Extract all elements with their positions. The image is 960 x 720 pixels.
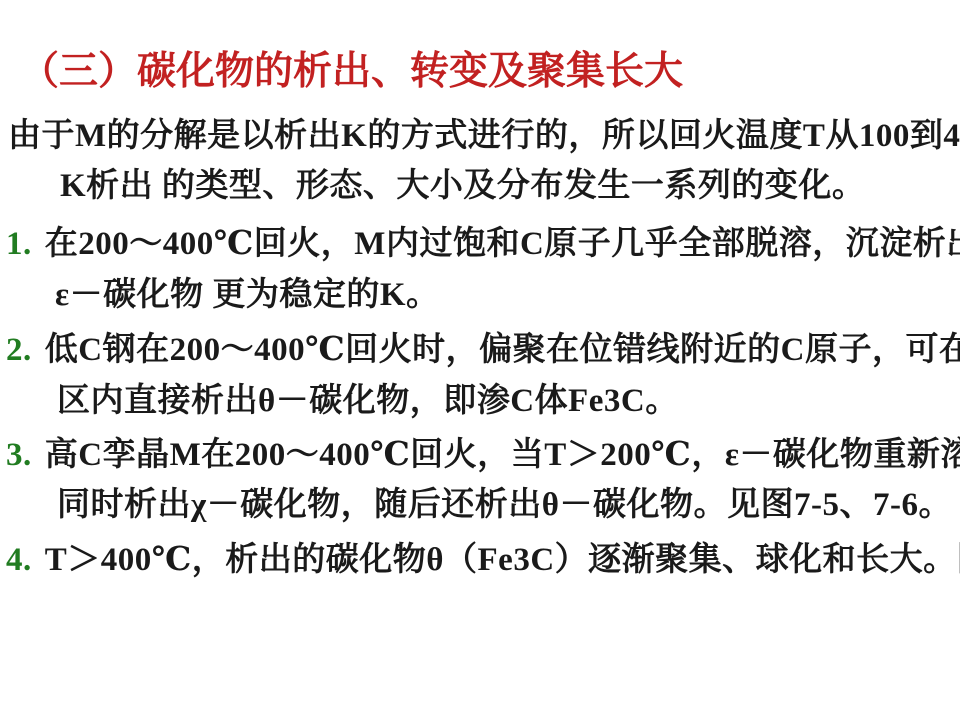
item-2-number: 2. <box>6 332 32 368</box>
item-3-text-1: 高C孪晶M在200～400℃回火，当T＞200℃，ε－碳化物重新溶解， <box>45 437 960 473</box>
item-4-text-1: T＞400℃，析出的碳化物θ（Fe3C）逐渐聚集、球化和长大。图7-7 <box>45 542 960 578</box>
intro-line-1: 由于M的分解是以析出K的方式进行的，所以回火温度T从100到400℃， <box>8 118 960 156</box>
slide-title: （三）碳化物的析出、转变及聚集长大 <box>20 50 683 95</box>
list-item-1-line-1: 1.在200～400℃回火，M内过饱和C原子几乎全部脱溶，沉淀析出比 <box>6 226 960 264</box>
list-item-2-line-2: 区内直接析出θ－碳化物，即渗C体Fe3C。 <box>57 383 679 421</box>
list-item-3-line-2: 同时析出χ－碳化物，随后还析出θ－碳化物。见图7-5、7-6。 <box>57 487 952 525</box>
item-2-text-1: 低C钢在200～400℃回火时，偏聚在位错线附近的C原子，可在偏聚 <box>45 332 960 368</box>
intro-line-2: K析出 的类型、形态、大小及分布发生一系列的变化。 <box>60 168 865 206</box>
item-1-number: 1. <box>6 226 32 262</box>
item-3-number: 3. <box>6 437 32 473</box>
slide: （三）碳化物的析出、转变及聚集长大 由于M的分解是以析出K的方式进行的，所以回火… <box>0 0 960 720</box>
list-item-2-line-1: 2.低C钢在200～400℃回火时，偏聚在位错线附近的C原子，可在偏聚 <box>6 332 960 370</box>
list-item-4-line-1: 4.T＞400℃，析出的碳化物θ（Fe3C）逐渐聚集、球化和长大。图7-7 <box>6 542 960 580</box>
list-item-1-line-2: ε－碳化物 更为稳定的K。 <box>55 277 440 315</box>
item-1-text-1: 在200～400℃回火，M内过饱和C原子几乎全部脱溶，沉淀析出比 <box>45 226 960 262</box>
list-item-3-line-1: 3.高C孪晶M在200～400℃回火，当T＞200℃，ε－碳化物重新溶解， <box>6 437 960 475</box>
item-4-number: 4. <box>6 542 32 578</box>
